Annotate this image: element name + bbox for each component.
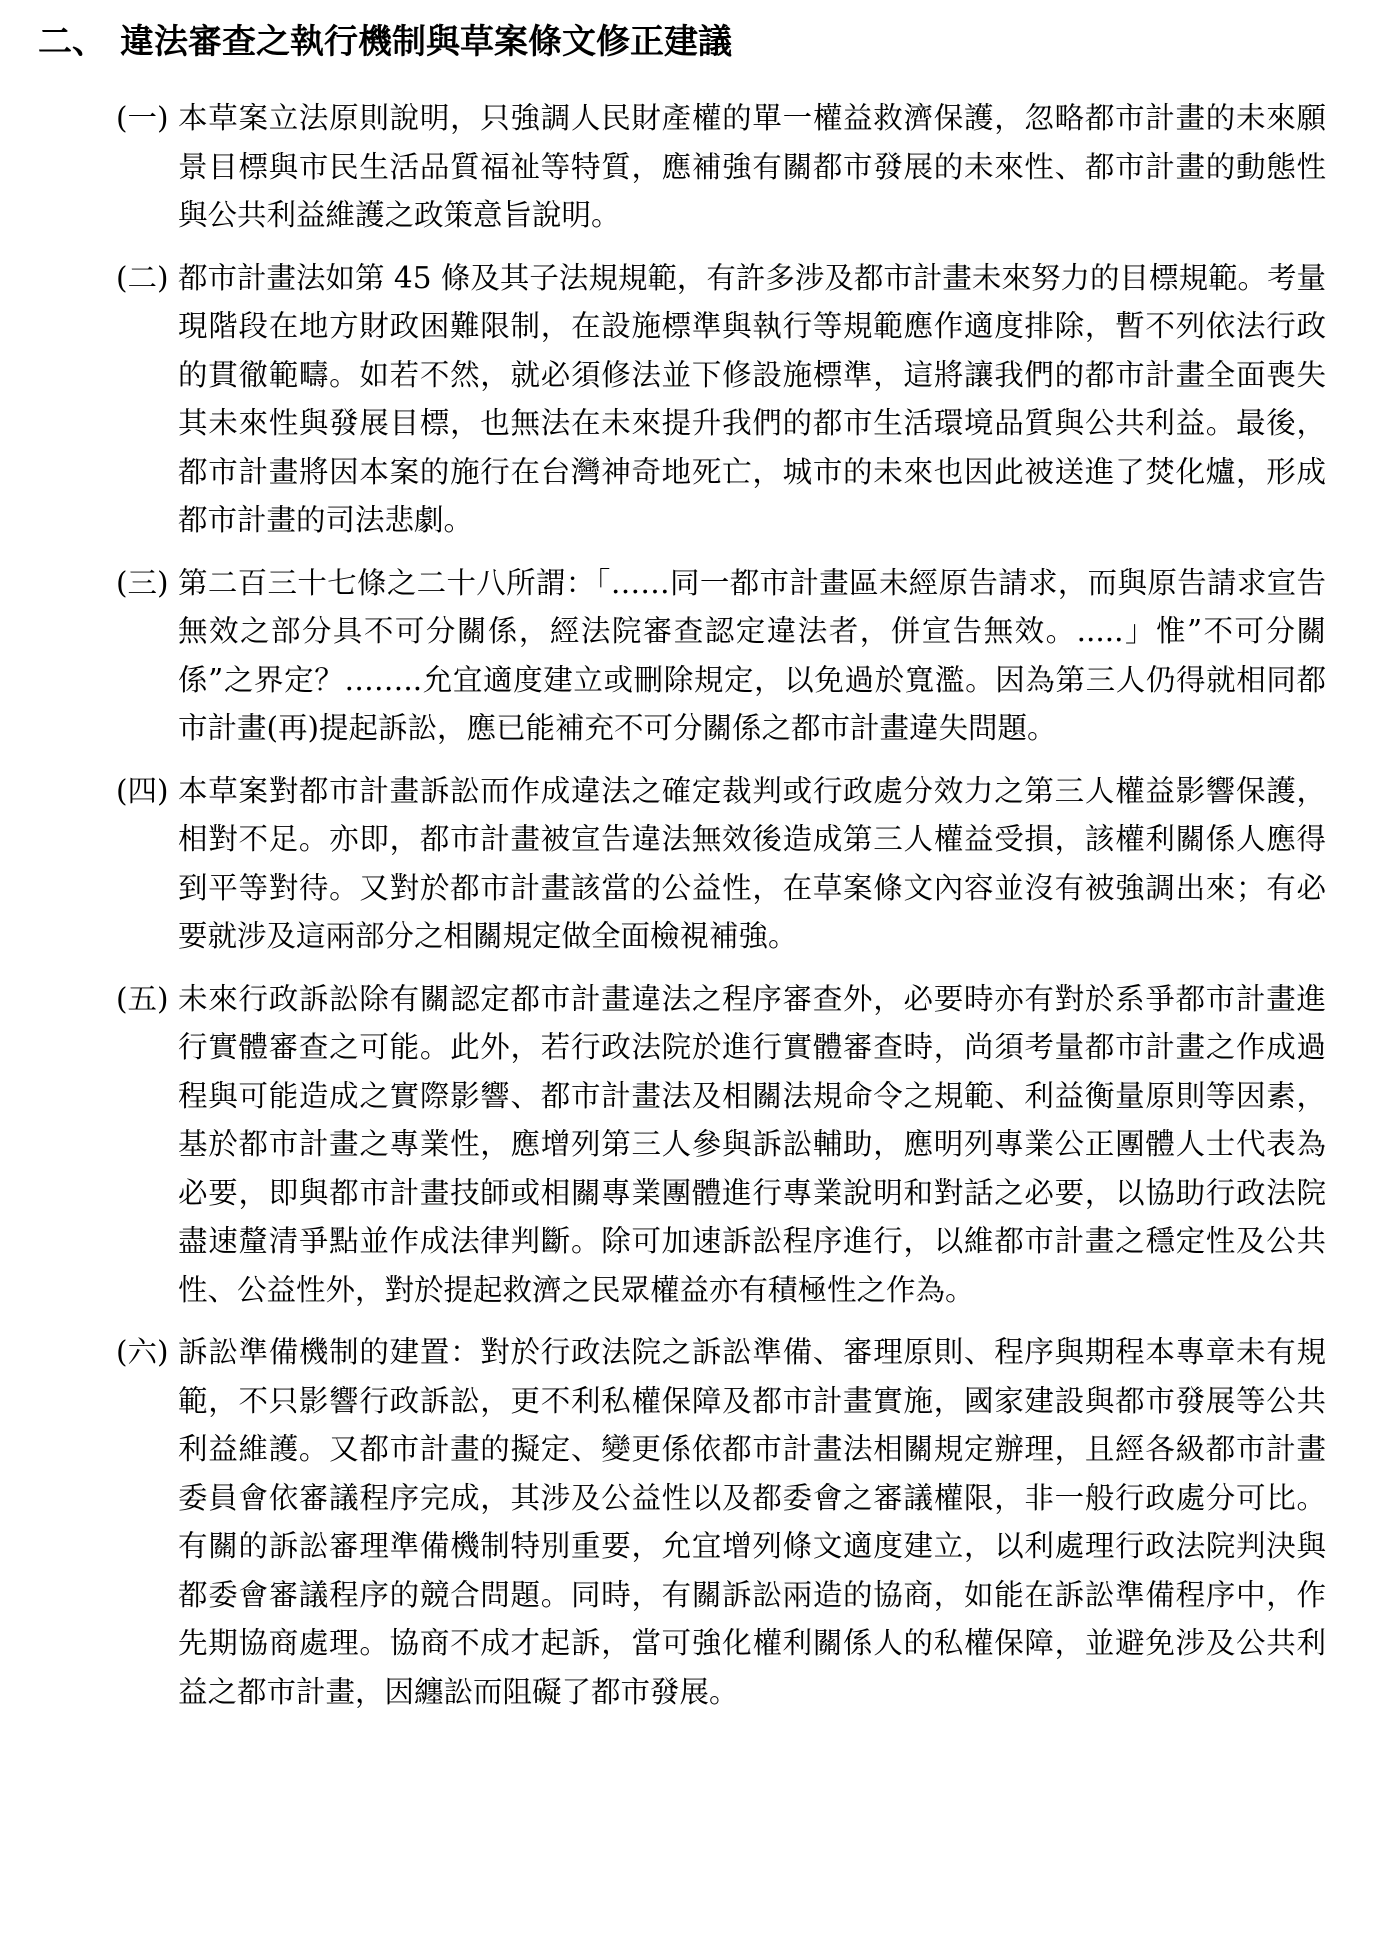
item-label: (五): [116, 975, 178, 1024]
section-heading: 二、違法審查之執行機制與草案條文修正建議: [38, 14, 732, 70]
recommendation-list: (一) 本草案立法原則說明，只強調人民財產權的單一權益救濟保護，忽略都市計畫的未…: [116, 94, 1326, 1730]
list-item-2: (二) 都市計畫法如第 45 條及其子法規規範，有許多涉及都市計畫未來努力的目標…: [116, 254, 1326, 545]
section-number: 二、: [38, 14, 106, 70]
item-label: (二): [116, 254, 178, 303]
list-item-1: (一) 本草案立法原則說明，只強調人民財產權的單一權益救濟保護，忽略都市計畫的未…: [116, 94, 1326, 240]
item-text: 本草案對都市計畫訴訟而作成違法之確定裁判或行政處分效力之第三人權益影響保護，相對…: [178, 767, 1326, 961]
list-item-4: (四) 本草案對都市計畫訴訟而作成違法之確定裁判或行政處分效力之第三人權益影響保…: [116, 767, 1326, 961]
item-label: (一): [116, 94, 178, 143]
item-label: (六): [116, 1328, 178, 1377]
item-text: 第二百三十七條之二十八所謂：「……同一都市計畫區未經原告請求，而與原告請求宣告無…: [178, 559, 1326, 753]
list-item-3: (三) 第二百三十七條之二十八所謂：「……同一都市計畫區未經原告請求，而與原告請…: [116, 559, 1326, 753]
item-text: 未來行政訴訟除有關認定都市計畫違法之程序審查外，必要時亦有對於系爭都市計畫進行實…: [178, 975, 1326, 1315]
item-label: (四): [116, 767, 178, 816]
section-title: 違法審查之執行機制與草案條文修正建議: [120, 22, 732, 62]
document-page: 二、違法審查之執行機制與草案條文修正建議 (一) 本草案立法原則說明，只強調人民…: [0, 0, 1379, 1947]
item-text: 本草案立法原則說明，只強調人民財產權的單一權益救濟保護，忽略都市計畫的未來願景目…: [178, 94, 1326, 240]
item-text: 都市計畫法如第 45 條及其子法規規範，有許多涉及都市計畫未來努力的目標規範。考…: [178, 254, 1326, 545]
list-item-5: (五) 未來行政訴訟除有關認定都市計畫違法之程序審查外，必要時亦有對於系爭都市計…: [116, 975, 1326, 1315]
item-label: (三): [116, 559, 178, 608]
item-text: 訴訟準備機制的建置：對於行政法院之訴訟準備、審理原則、程序與期程本專章未有規範，…: [178, 1328, 1326, 1716]
list-item-6: (六) 訴訟準備機制的建置：對於行政法院之訴訟準備、審理原則、程序與期程本專章未…: [116, 1328, 1326, 1716]
